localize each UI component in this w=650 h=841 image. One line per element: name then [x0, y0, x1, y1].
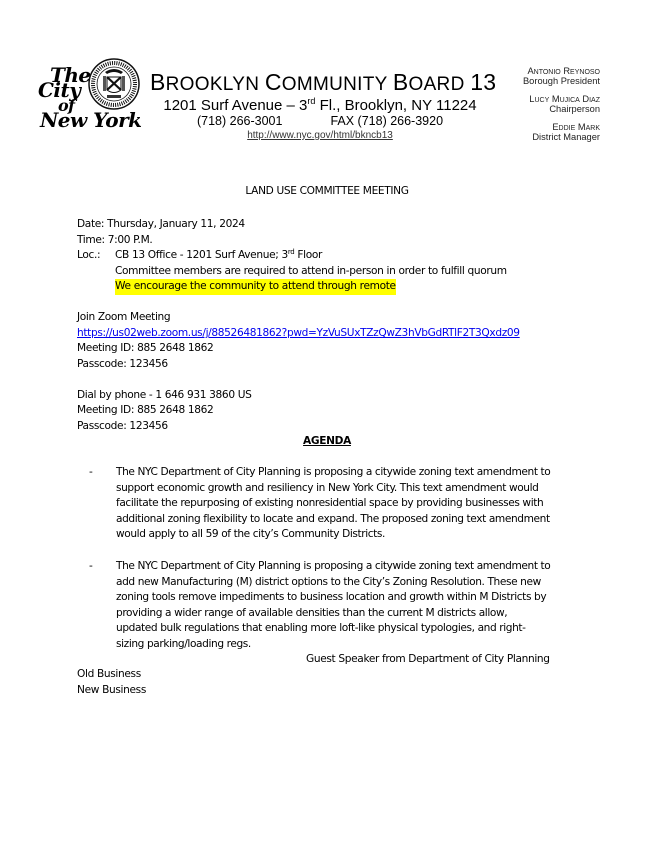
- zoom-meeting-link[interactable]: https://us02web.zoom.us/j/88526481862?pw…: [77, 326, 520, 342]
- zoom-join-label: Join Zoom Meeting: [77, 310, 170, 326]
- meeting-location-label: Loc.:: [77, 248, 100, 264]
- old-business: Old Business: [77, 667, 141, 683]
- guest-speaker: Guest Speaker from Department of City Pl…: [306, 652, 550, 668]
- board-fax: FAX (718) 266-3920: [330, 114, 443, 128]
- dial-in-passcode: Passcode: 123456: [77, 419, 168, 435]
- board-name: BROOKLYN COMMUNITY BOARD 13: [150, 70, 490, 97]
- board-phone: (718) 266-3001: [197, 114, 282, 128]
- agenda-item-text: The NYC Department of City Planning is p…: [116, 465, 584, 543]
- agenda-item-text: The NYC Department of City Planning is p…: [116, 559, 584, 653]
- nyc-seal-icon: [88, 58, 140, 110]
- quorum-note: Committee members are required to attend…: [115, 264, 507, 280]
- official-borough-president: Antonio Reynoso Borough President: [523, 66, 600, 86]
- agenda-item: - The NYC Department of City Planning is…: [89, 465, 584, 543]
- official-chairperson: Lucy Mujica Diaz Chairperson: [523, 94, 600, 114]
- meeting-title: LAND USE COMMITTEE MEETING: [77, 184, 577, 200]
- dial-in-phone: Dial by phone - 1 646 931 3860 US: [77, 388, 252, 404]
- remote-attendance-note: We encourage the community to attend thr…: [115, 279, 396, 295]
- meeting-date: Date: Thursday, January 11, 2024: [77, 217, 245, 233]
- board-address: 1201 Surf Avenue – 3rd Fl., Brooklyn, NY…: [150, 97, 490, 114]
- official-district-manager: Eddie Mark District Manager: [523, 122, 600, 142]
- bullet-dash: -: [89, 465, 92, 481]
- zoom-meeting-id: Meeting ID: 885 2648 1862: [77, 341, 213, 357]
- board-website-link[interactable]: http://www.nyc.gov/html/bkncb13: [150, 129, 490, 142]
- nyc-logo: The City of New York: [36, 58, 154, 140]
- document-page: The City of New York BROOKLYN COMMUNITY …: [0, 0, 650, 841]
- agenda-heading: AGENDA: [77, 434, 577, 450]
- dial-in-meeting-id: Meeting ID: 885 2648 1862: [77, 403, 213, 419]
- meeting-time: Time: 7:00 P.M.: [77, 233, 152, 249]
- bullet-dash: -: [89, 559, 92, 575]
- zoom-passcode: Passcode: 123456: [77, 357, 168, 373]
- officials-list: Antonio Reynoso Borough President Lucy M…: [523, 66, 600, 150]
- board-phone-fax: (718) 266-3001FAX (718) 266-3920: [150, 114, 490, 129]
- new-business: New Business: [77, 683, 146, 699]
- board-header: BROOKLYN COMMUNITY BOARD 13 1201 Surf Av…: [150, 70, 490, 142]
- agenda-item: - The NYC Department of City Planning is…: [89, 559, 584, 653]
- meeting-location: CB 13 Office - 1201 Surf Avenue; 3rd Flo…: [115, 248, 322, 264]
